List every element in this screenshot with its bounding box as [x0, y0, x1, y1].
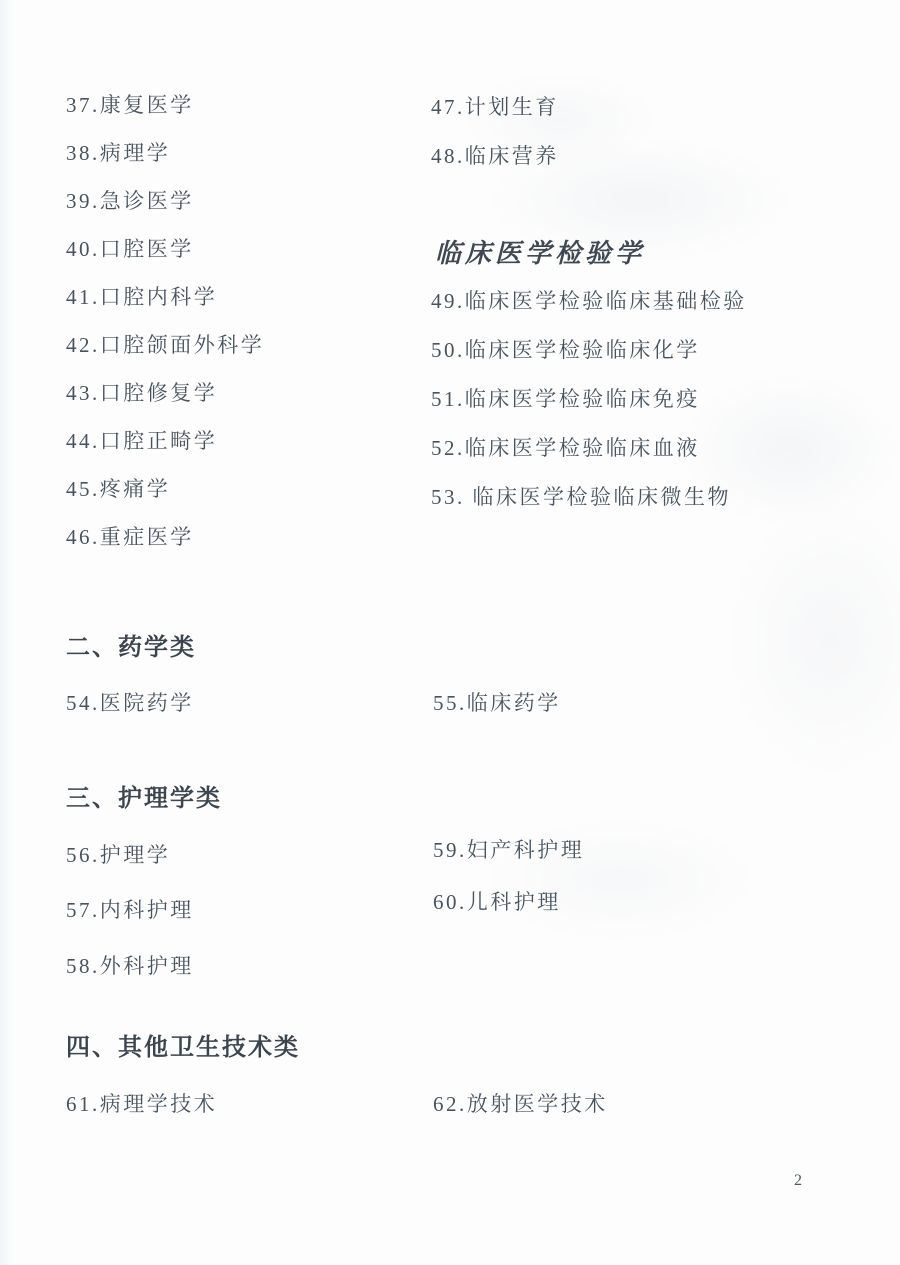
- list-item-51: 51.临床医学检验临床免疫: [431, 389, 700, 410]
- scanned-document-page: 37.康复医学 38.病理学 39.急诊医学 40.口腔医学 41.口腔内科学 …: [0, 0, 900, 1265]
- section-title-other-health-tech: 四、其他卫生技术类: [66, 1036, 300, 1060]
- list-item-38: 38.病理学: [66, 143, 170, 164]
- list-item-37: 37.康复医学: [66, 95, 194, 116]
- list-item-40: 40.口腔医学: [66, 239, 194, 260]
- list-item-54: 54.医院药学: [66, 693, 194, 714]
- list-item-57: 57.内科护理: [66, 900, 194, 921]
- list-item-46: 46.重症医学: [66, 527, 194, 548]
- section-title-nursing: 三、护理学类: [66, 787, 222, 811]
- list-item-45: 45.疼痛学: [66, 479, 170, 500]
- subheading-clinical-lab: 临床医学检验学: [435, 240, 645, 266]
- page-number: 2: [794, 1173, 802, 1189]
- list-item-48: 48.临床营养: [431, 146, 559, 167]
- list-item-58: 58.外科护理: [66, 956, 194, 977]
- list-item-50: 50.临床医学检验临床化学: [431, 340, 700, 361]
- list-item-60: 60.儿科护理: [433, 892, 561, 913]
- list-item-41: 41.口腔内科学: [66, 287, 217, 308]
- list-item-53: 53. 临床医学检验临床微生物: [431, 487, 731, 508]
- list-item-55: 55.临床药学: [433, 693, 561, 714]
- list-item-52: 52.临床医学检验临床血液: [431, 438, 700, 459]
- list-item-39: 39.急诊医学: [66, 191, 194, 212]
- list-item-61: 61.病理学技术: [66, 1094, 217, 1115]
- list-item-42: 42.口腔颌面外科学: [66, 335, 264, 356]
- list-item-49: 49.临床医学检验临床基础检验: [431, 291, 747, 312]
- list-item-56: 56.护理学: [66, 845, 170, 866]
- list-item-43: 43.口腔修复学: [66, 383, 217, 404]
- list-item-44: 44.口腔正畸学: [66, 431, 217, 452]
- list-item-62: 62.放射医学技术: [433, 1094, 608, 1115]
- section-title-pharmacy: 二、药学类: [66, 636, 196, 660]
- list-item-47: 47.计划生育: [431, 97, 559, 118]
- list-item-59: 59.妇产科护理: [433, 840, 584, 861]
